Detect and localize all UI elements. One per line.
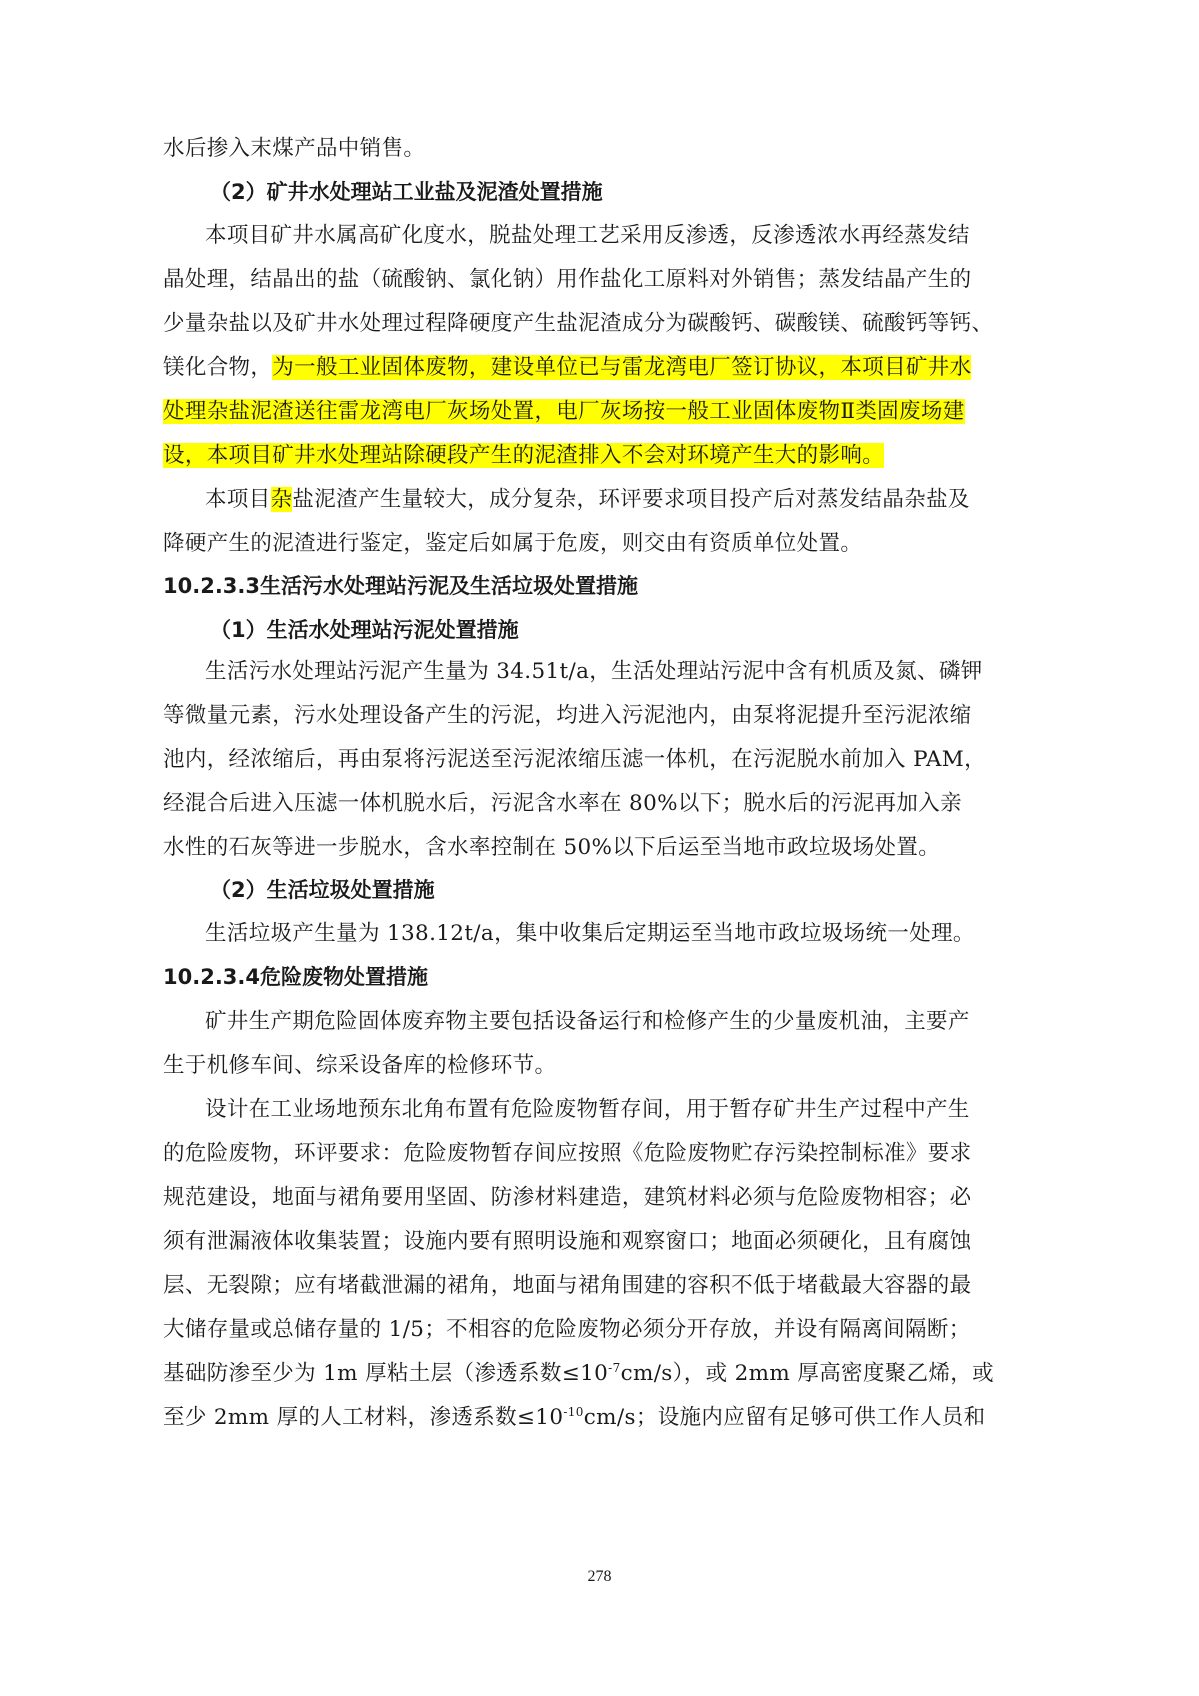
body-text-line: 本项目矿井水属高矿化度水，脱盐处理工艺采用反渗透，反渗透浓水再经蒸发结 (205, 222, 970, 250)
plain-text: 镁化合物， (163, 355, 272, 380)
body-text-line: 设，本项目矿井水处理站除硬段产生的泥渣排入不会对环境产生大的影响。 (163, 442, 884, 470)
body-text-line: 晶处理，结晶出的盐（硫酸钠、氯化钠）用作盐化工原料对外销售；蒸发结晶产生的 (163, 266, 971, 294)
body-text-line: 层、无裂隙；应有堵截泄漏的裙角，地面与裙角围建的容积不低于堵截最大容器的最 (163, 1272, 971, 1300)
subsection-heading-garbage: （2）生活垃圾处置措施 (210, 876, 435, 904)
superscript: -7 (608, 1361, 620, 1375)
body-text-line: 规范建设，地面与裙角要用坚固、防渗材料建造，建筑材料必须与危险废物相容；必 (163, 1184, 971, 1212)
subsection-heading-sludge: （1）生活水处理站污泥处置措施 (210, 616, 519, 644)
body-text-line: 池内，经浓缩后，再由泵将污泥送至污泥浓缩压滤一体机，在污泥脱水前加入 PAM， (163, 746, 986, 774)
document-page: 水后掺入末煤产品中销售。 （2）矿井水处理站工业盐及泥渣处置措施 本项目矿井水属… (0, 0, 1199, 1696)
highlighted-text: 为一般工业固体废物，建设单位已与雷龙湾电厂签订协议，本项目矿井水 (272, 355, 971, 380)
body-text-line: 至少 2mm 厚的人工材料，渗透系数≤10-10cm/s；设施内应留有足够可供工… (163, 1404, 985, 1432)
body-text-line: 生于机修车间、综采设备库的检修环节。 (163, 1052, 556, 1080)
body-text-line: 水性的石灰等进一步脱水，含水率控制在 50%以下后运至当地市政垃圾场处置。 (163, 834, 940, 862)
body-text-line: 降硬产生的泥渣进行鉴定，鉴定后如属于危废，则交由有资质单位处置。 (163, 530, 862, 558)
body-text-line: 的危险废物，环评要求：危险废物暂存间应按照《危险废物贮存污染控制标准》要求 (163, 1140, 971, 1168)
body-text-line: 基础防渗至少为 1m 厚粘土层（渗透系数≤10-7cm/s），或 2mm 厚高密… (163, 1360, 994, 1388)
highlighted-char: 杂 (271, 487, 293, 512)
plain-text: cm/s），或 2mm 厚高密度聚乙烯，或 (621, 1361, 994, 1386)
body-text-line: 矿井生产期危险固体废弃物主要包括设备运行和检修产生的少量废机油，主要产 (205, 1008, 970, 1036)
body-text-line: 处理杂盐泥渣送往雷龙湾电厂灰场处置，电厂灰场按一般工业固体废物Ⅱ类固废场建 (163, 398, 965, 426)
body-text-line: 等微量元素，污水处理设备产生的污泥，均进入污泥池内，由泵将泥提升至污泥浓缩 (163, 702, 971, 730)
body-text-line: 少量杂盐以及矿井水处理过程降硬度产生盐泥渣成分为碳酸钙、碳酸镁、硫酸钙等钙、 (163, 310, 993, 338)
highlighted-text: 设，本项目矿井水处理站除硬段产生的泥渣排入不会对环境产生大的影响。 (163, 443, 884, 468)
section-heading-10-2-3-3: 10.2.3.3生活污水处理站污泥及生活垃圾处置措施 (163, 572, 638, 600)
plain-text: 盐泥渣产生量较大，成分复杂，环评要求项目投产后对蒸发结晶杂盐及 (292, 487, 969, 512)
plain-text: 本项目 (205, 487, 271, 512)
body-text-line: 水后掺入末煤产品中销售。 (163, 135, 425, 163)
superscript: -10 (563, 1405, 583, 1419)
subsection-heading-mine-water-salt: （2）矿井水处理站工业盐及泥渣处置措施 (210, 178, 603, 206)
body-text-line: 镁化合物，为一般工业固体废物，建设单位已与雷龙湾电厂签订协议，本项目矿井水 (163, 354, 971, 382)
body-text-line: 生活污水处理站污泥产生量为 34.51t/a，生活处理站污泥中含有机质及氮、磷钾 (205, 658, 983, 686)
body-text-line: 经混合后进入压滤一体机脱水后，污泥含水率在 80%以下；脱水后的污泥再加入亲 (163, 790, 962, 818)
plain-text: 至少 2mm 厚的人工材料，渗透系数≤10 (163, 1405, 563, 1430)
body-text-line: 设计在工业场地预东北角布置有危险废物暂存间，用于暂存矿井生产过程中产生 (205, 1096, 970, 1124)
plain-text: 基础防渗至少为 1m 厚粘土层（渗透系数≤10 (163, 1361, 608, 1386)
body-text-line: 须有泄漏液体收集装置；设施内要有照明设施和观察窗口；地面必须硬化，且有腐蚀 (163, 1228, 971, 1256)
plain-text: cm/s；设施内应留有足够可供工作人员和 (584, 1405, 986, 1430)
page-number: 278 (0, 1568, 1199, 1586)
section-heading-10-2-3-4: 10.2.3.4危险废物处置措施 (163, 963, 428, 991)
body-text-line: 大储存量或总储存量的 1/5；不相容的危险废物必须分开存放，并设有隔离间隔断； (163, 1316, 971, 1344)
body-text-line: 本项目杂盐泥渣产生量较大，成分复杂，环评要求项目投产后对蒸发结晶杂盐及 (205, 486, 970, 514)
body-text-line: 生活垃圾产生量为 138.12t/a，集中收集后定期运至当地市政垃圾场统一处理。 (205, 920, 975, 948)
highlighted-text: 处理杂盐泥渣送往雷龙湾电厂灰场处置，电厂灰场按一般工业固体废物Ⅱ类固废场建 (163, 399, 965, 424)
